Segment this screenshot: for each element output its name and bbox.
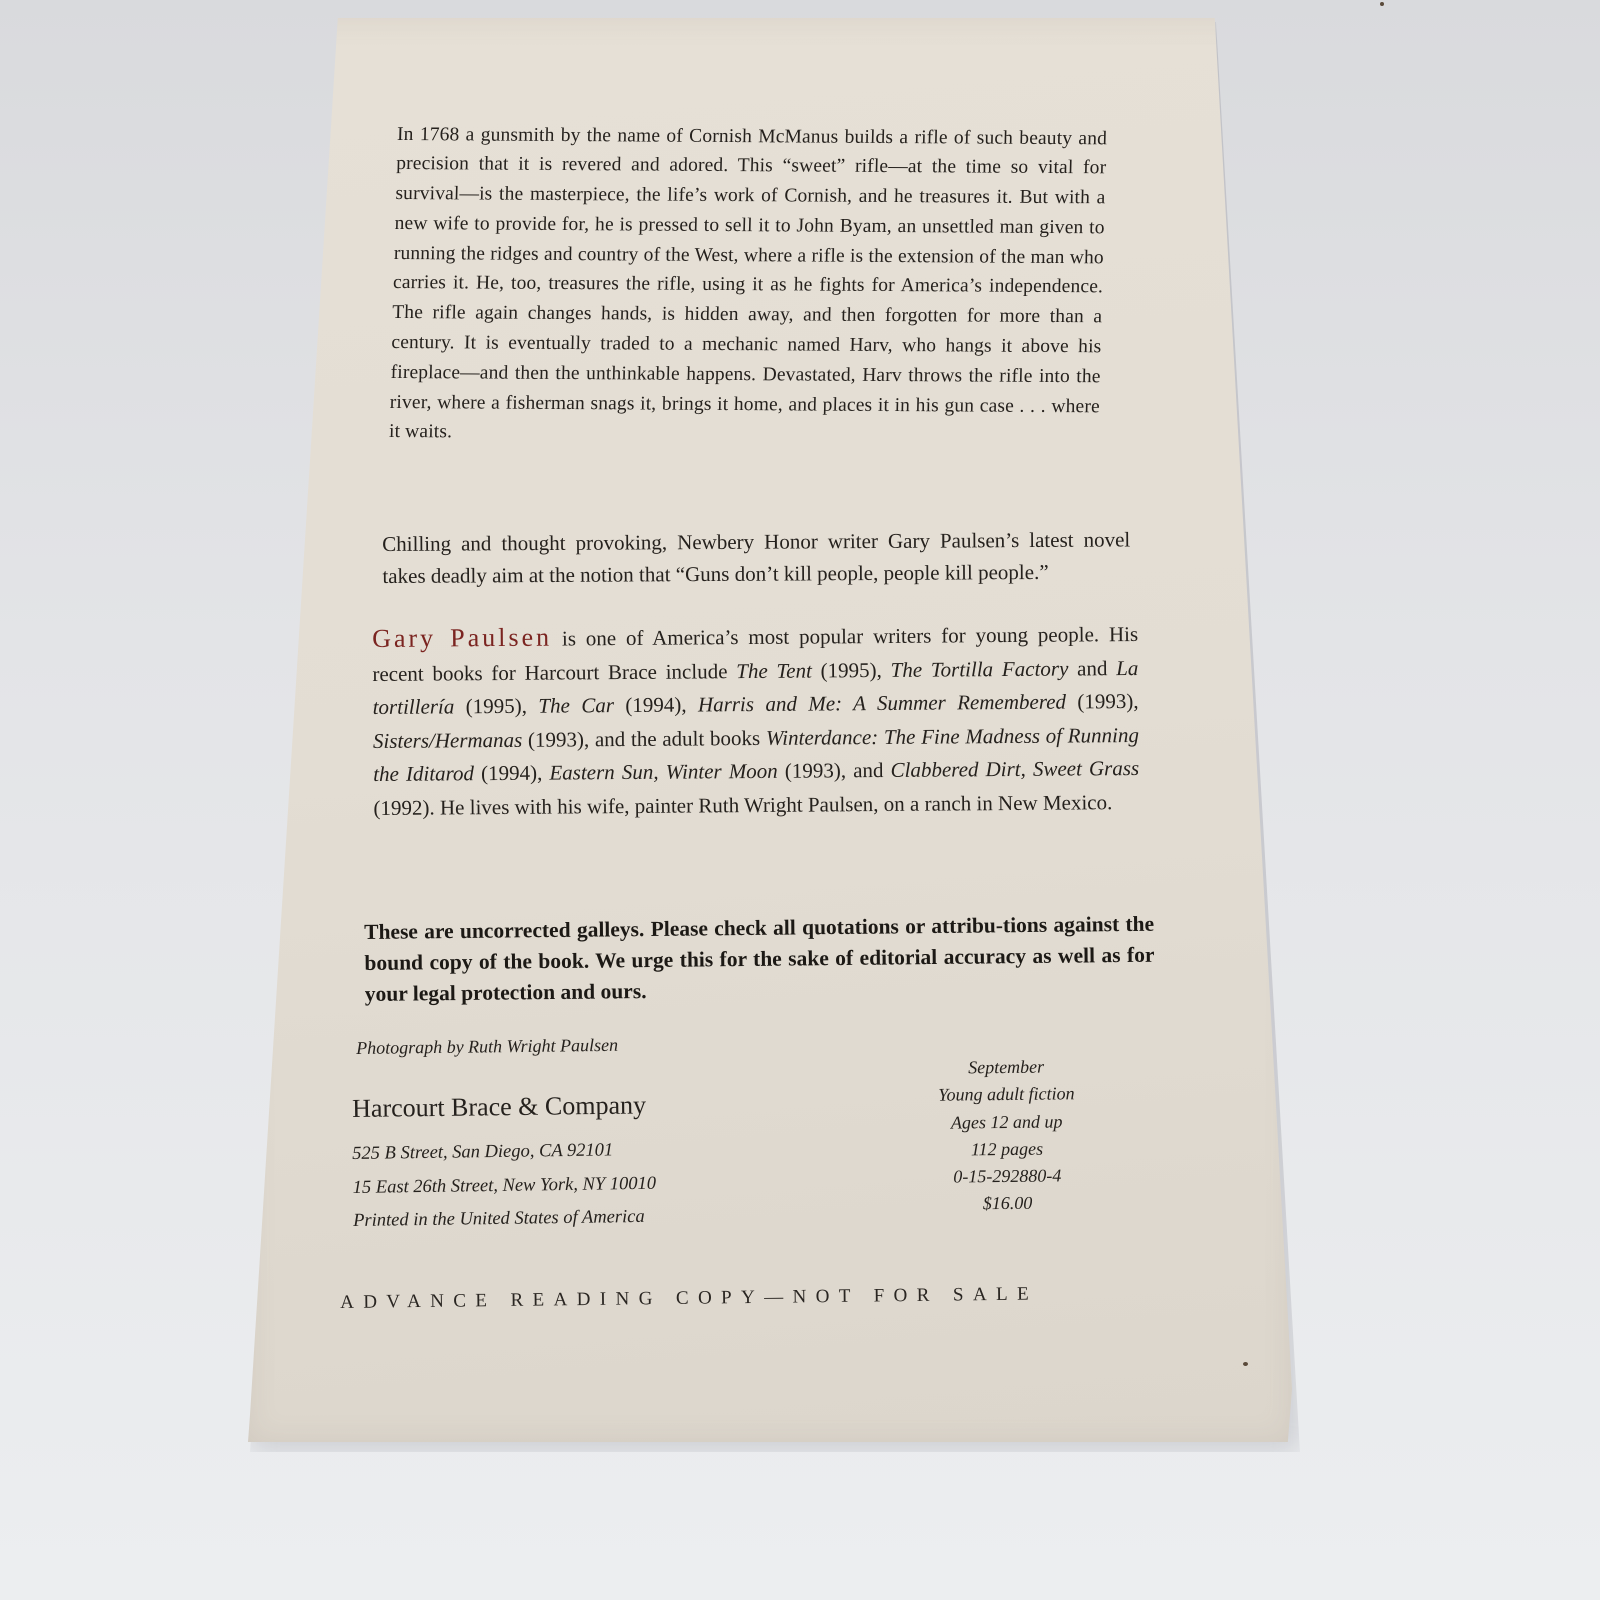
book-title: The Tortilla Factory bbox=[891, 656, 1069, 681]
bio-text-run: and bbox=[1068, 656, 1116, 680]
age-range: Ages 12 and up bbox=[901, 1107, 1113, 1137]
surface-speck bbox=[1380, 2, 1384, 6]
tagline-text: Chilling and thought provoking, Newbery … bbox=[382, 523, 1130, 592]
book-title: The Tent bbox=[736, 658, 812, 683]
publisher-name: Harcourt Brace & Company bbox=[352, 1090, 646, 1124]
printed-in: Printed in the United States of America bbox=[353, 1201, 657, 1239]
author-name: Gary Paulsen bbox=[372, 623, 552, 653]
book-title: Sisters/Hermanas bbox=[373, 728, 523, 753]
photo-credit: Photograph by Ruth Wright Paulsen bbox=[356, 1035, 618, 1059]
category: Young adult fiction bbox=[900, 1080, 1112, 1110]
pub-month: September bbox=[900, 1053, 1112, 1083]
bio-text-run: (1995), bbox=[812, 658, 891, 683]
book-info: September Young adult fiction Ages 12 an… bbox=[900, 1053, 1114, 1219]
synopsis-paragraph: In 1768 a gunsmith by the name of Cornis… bbox=[388, 100, 1108, 471]
page-count: 112 pages bbox=[901, 1135, 1113, 1165]
book-title: Harris and Me: A Summer Remembered bbox=[698, 690, 1066, 717]
address-new-york: 15 East 26th Street, New York, NY 10010 bbox=[352, 1167, 656, 1205]
bio-text-run: (1995), bbox=[454, 694, 538, 719]
author-bio-text: Gary Paulsen is one of America’s most po… bbox=[372, 616, 1140, 826]
synopsis-text: In 1768 a gunsmith by the name of Cornis… bbox=[389, 119, 1108, 451]
book-title: Eastern Sun, Winter Moon bbox=[549, 759, 778, 785]
author-bio: Gary Paulsen is one of America’s most po… bbox=[372, 616, 1140, 826]
book-title: Clabbered Dirt, Sweet Grass bbox=[890, 756, 1139, 782]
cover-speck bbox=[1243, 1362, 1248, 1366]
bio-text-run: (1994), bbox=[474, 761, 550, 786]
address-san-diego: 525 B Street, San Diego, CA 92101 bbox=[352, 1134, 656, 1172]
bio-text-run: (1994), bbox=[614, 693, 698, 718]
book-title: The Car bbox=[538, 693, 614, 718]
cover-text: In 1768 a gunsmith by the name of Cornis… bbox=[0, 0, 1600, 1600]
tagline-paragraph: Chilling and thought provoking, Newbery … bbox=[382, 502, 1131, 613]
bio-text-run: (1993), and bbox=[778, 758, 891, 783]
bio-text-run: (1993), and the adult books bbox=[522, 726, 766, 752]
galley-disclaimer: These are uncorrected galleys. Please ch… bbox=[364, 909, 1155, 1010]
publisher-addresses: 525 B Street, San Diego, CA 92101 15 Eas… bbox=[352, 1134, 657, 1239]
isbn: 0-15-292880-4 bbox=[901, 1162, 1113, 1192]
price: $16.00 bbox=[901, 1189, 1113, 1219]
bio-text-run: (1992). He lives with his wife, painter … bbox=[373, 790, 1112, 820]
bio-text-run: (1993), bbox=[1066, 689, 1139, 714]
advance-reading-copy-banner: ADVANCE READING COPY—NOT FOR SALE bbox=[340, 1282, 1170, 1314]
